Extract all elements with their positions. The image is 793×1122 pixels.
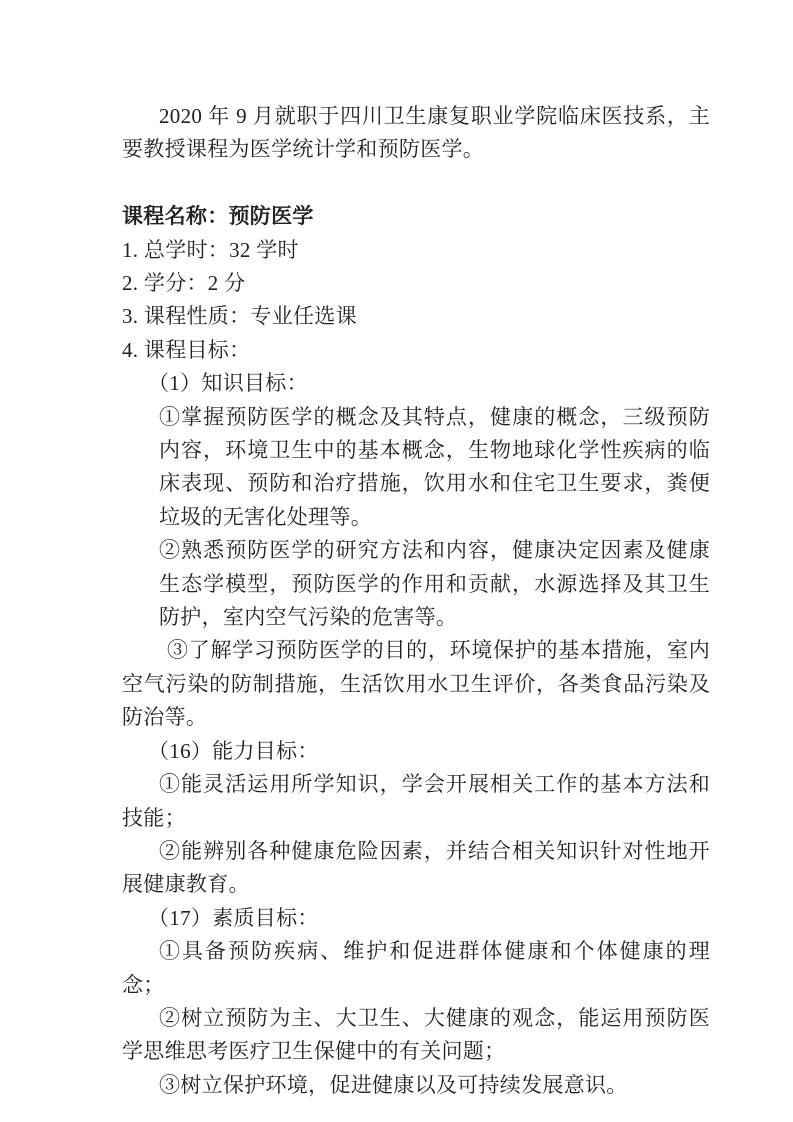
quality-objective-item-2: ②树立预防为主、大卫生、大健康的观念，能运用预防医学思维思考医疗卫生保健中的有关… bbox=[122, 1002, 710, 1069]
document-body: 2020 年 9 月就职于四川卫生康复职业学院临床医技系，主要教授课程为医学统计… bbox=[122, 100, 710, 1102]
quality-objectives-heading: （17）素质目标： bbox=[122, 902, 710, 935]
document-page: 2020 年 9 月就职于四川卫生康复职业学院临床医技系，主要教授课程为医学统计… bbox=[0, 0, 793, 1122]
list-item-course-nature: 3. 课程性质：专业任选课 bbox=[122, 300, 710, 333]
ability-objective-item-2: ②能辨别各种健康危险因素，并结合相关知识针对性地开展健康教育。 bbox=[122, 835, 710, 902]
list-item-total-hours: 1. 总学时：32 学时 bbox=[122, 234, 710, 267]
knowledge-objective-item-1: ①掌握预防医学的概念及其特点，健康的概念，三级预防内容，环境卫生中的基本概念，生… bbox=[122, 401, 710, 535]
knowledge-objectives-heading: （1）知识目标： bbox=[122, 367, 710, 400]
ability-objective-item-1: ①能灵活运用所学知识，学会开展相关工作的基本方法和技能； bbox=[122, 768, 710, 835]
quality-objective-item-1: ①具备预防疾病、维护和促进群体健康和个体健康的理念； bbox=[122, 935, 710, 1002]
quality-objective-item-3: ③树立保护环境，促进健康以及可持续发展意识。 bbox=[122, 1069, 710, 1102]
course-title-heading: 课程名称：预防医学 bbox=[122, 200, 710, 233]
ability-objectives-heading: （16）能力目标： bbox=[122, 735, 710, 768]
knowledge-objective-item-2: ②熟悉预防医学的研究方法和内容，健康决定因素及健康生态学模型，预防医学的作用和贡… bbox=[122, 534, 710, 634]
list-item-credits: 2. 学分：2 分 bbox=[122, 267, 710, 300]
intro-paragraph: 2020 年 9 月就职于四川卫生康复职业学院临床医技系，主要教授课程为医学统计… bbox=[122, 100, 710, 167]
list-item-course-objectives: 4. 课程目标： bbox=[122, 334, 710, 367]
knowledge-objective-item-3: ③了解学习预防医学的目的，环境保护的基本措施，室内空气污染的防制措施，生活饮用水… bbox=[122, 634, 710, 734]
